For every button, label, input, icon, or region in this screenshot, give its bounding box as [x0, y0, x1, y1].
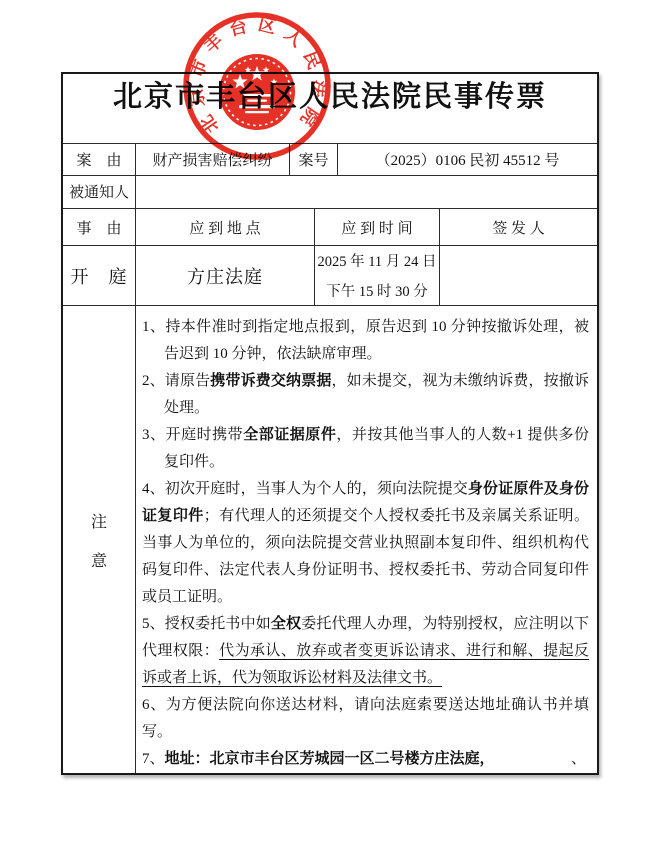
place-header: 应 到 地 点 — [136, 209, 315, 246]
hearing-date: 2025 年 11 月 24 日 — [317, 250, 436, 271]
issuer-header: 签 发 人 — [440, 209, 597, 246]
note-segment: 6、为方便法院向你送达材料，请向法庭索要送达地址确认书并填写。 — [142, 697, 589, 740]
note-segment: 3、开庭时携带 — [142, 427, 243, 443]
time-header: 应 到 时 间 — [315, 209, 440, 246]
notified-person-row: 被通知人 — [63, 176, 597, 208]
note-item: 4、初次开庭时，当事人为个人的，须向法院提交身份证原件及身份证复印件；有代理人的… — [142, 476, 589, 611]
hearing-row: 开 庭 方庄法庭 2025 年 11 月 24 日 下午 15 时 30 分 — [63, 246, 597, 306]
case-cause-value: 财产损害赔偿纠纷 — [136, 144, 290, 175]
notice-label: 注 意 — [63, 306, 136, 773]
hearing-hour: 下午 15 时 30 分 — [326, 280, 428, 301]
note-segment: ；有代理人的还须提交个人授权委托书及亲属关系证明。当事人为单位的，须向法院提交营… — [142, 508, 589, 605]
case-number-label: 案号 — [290, 144, 338, 175]
note-item: 6、为方便法院向你送达材料，请向法庭索要送达地址确认书并填写。 — [142, 692, 589, 746]
summons-table: 北京市丰台区人民法院民事传票 案 由 财产损害赔偿纠纷 案号 （2025）010… — [61, 72, 599, 775]
case-cause-label: 案 由 — [63, 144, 136, 175]
notified-person-label: 被通知人 — [63, 176, 136, 207]
notice-char-1: 注 — [91, 509, 107, 532]
note-item: 3、开庭时携带全部证据原件，并按其他当事人的人数+1 提供多份复印件。 — [142, 422, 589, 476]
note-segment: 、 — [571, 751, 586, 767]
summons-page: { "title": "北京市丰台区人民法院民事传票", "seal": { "… — [0, 0, 662, 841]
note-segment: 5、授权委托书中如 — [142, 616, 271, 632]
note-segment: 4、初次开庭时，当事人为个人的，须向法院提交 — [142, 481, 468, 497]
note-item: 1、持本件准时到指定地点报到，原告迟到 10 分钟按撤诉处理，被告迟到 10 分… — [142, 314, 589, 368]
notified-person-value — [136, 176, 597, 207]
note-segment: 携带诉费交纳票据 — [210, 373, 331, 389]
note-segment: 1、持本件准时到指定地点报到，原告迟到 10 分钟按撤诉处理，被告迟到 10 分… — [142, 319, 589, 362]
note-segment: 全部证据原件 — [243, 427, 336, 443]
header-row: 事 由 应 到 地 点 应 到 时 间 签 发 人 — [63, 209, 597, 247]
matter-value: 开 庭 — [63, 246, 136, 305]
note-item: 5、授权委托书中如全权委托代理人办理，为特别授权，应注明以下代理权限：代为承认、… — [142, 611, 589, 692]
matter-label: 事 由 — [63, 209, 136, 246]
note-segment: 2、请原告 — [142, 373, 210, 389]
hearing-time: 2025 年 11 月 24 日 下午 15 时 30 分 — [315, 246, 440, 305]
note-segment: 全权 — [271, 616, 301, 632]
case-info-row: 案 由 财产损害赔偿纠纷 案号 （2025）0106 民初 45512 号 — [63, 144, 597, 176]
case-number-value: （2025）0106 民初 45512 号 — [338, 144, 597, 175]
note-segment: 地址：北京市丰台区芳城园一区二号楼方庄法庭， — [165, 751, 488, 767]
notice-char-2: 意 — [91, 548, 107, 571]
title-row: 北京市丰台区人民法院民事传票 — [63, 74, 597, 144]
note-item: 7、地址：北京市丰台区芳城园一区二号楼方庄法庭，、 — [142, 746, 589, 773]
note-item: 2、请原告携带诉费交纳票据，如未提交，视为未缴纳诉费，按撤诉处理。 — [142, 368, 589, 422]
note-segment: 7、 — [142, 751, 165, 767]
notice-row: 注 意 1、持本件准时到指定地点报到，原告迟到 10 分钟按撤诉处理，被告迟到 … — [63, 306, 597, 773]
summons-title: 北京市丰台区人民法院民事传票 — [113, 74, 547, 115]
place-value: 方庄法庭 — [136, 246, 315, 305]
issuer-value — [440, 246, 597, 305]
notes-list: 1、持本件准时到指定地点报到，原告迟到 10 分钟按撤诉处理，被告迟到 10 分… — [136, 306, 597, 773]
